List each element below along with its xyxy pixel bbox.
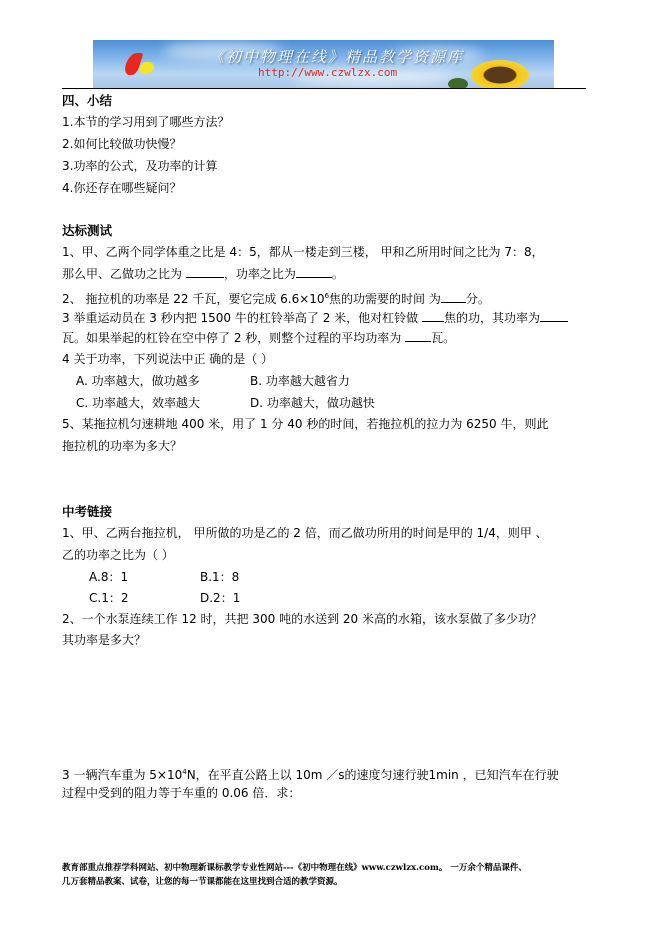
test-q4-stem: 4 关于功率，下列说法中正 确的是（ ） (62, 351, 273, 367)
test-q5-line1: 5、某拖拉机匀速耕地 400 米，用了 1 分 40 秒的时间，若拖拉机的拉力为… (62, 416, 549, 432)
test-q4-option-d: D. 功率越大，做功越快 (250, 395, 375, 411)
test-q3-text: 3 举重运动员在 3 秒内把 1500 牛的杠铃举高了 2 米，他对杠铃做 (62, 311, 422, 325)
summary-item: 4.你还存在哪些疑问？ (62, 180, 181, 196)
answer-blank (441, 291, 466, 303)
test-q1-text: ，功率之比为 (224, 267, 296, 281)
answer-blank (422, 310, 444, 322)
exam-q1-line1: 1、甲、乙两台拖拉机， 甲所做的功是乙的 2 倍，而乙做功所用的时间是甲的 1/… (62, 525, 548, 541)
test-q1-line1: 1、甲、乙两个同学体重之比是 4：5，都从一楼走到三楼， 甲和乙所用时间之比为 … (62, 244, 544, 260)
answer-blank (296, 266, 332, 278)
exam-q3-line2: 过程中受到的阻力等于车重的 0.06 倍．求： (62, 785, 300, 801)
exam-q3-text: 3 一辆汽车重为 5×10 (62, 768, 182, 782)
test-q2-text: 2、 拖拉机的功率是 22 千瓦，要它完成 6.6×10 (62, 292, 325, 306)
summary-heading: 四、小结 (62, 93, 112, 109)
answer-blank (186, 266, 224, 278)
test-q1-text: 那么甲、乙做功之比为 (62, 267, 186, 281)
test-q3-line1: 3 举重运动员在 3 秒内把 1500 牛的杠铃举高了 2 米，他对杠铃做 焦的… (62, 310, 568, 326)
footer-line2: 几万套精品教案、试卷，让您的每一节课都能在这里找到合适的教学资源。 (62, 876, 343, 888)
answer-blank (405, 330, 431, 342)
test-q4-option-c: C. 功率越大，效率越大 (76, 395, 200, 411)
exam-q2-line1: 2、一个水泵连续工作 12 时，共把 300 吨的水送到 20 米高的水箱，该水… (62, 611, 542, 627)
exam-q2-line2: 其功率是多大？ (62, 632, 146, 648)
summary-item: 2.如何比较做功快慢？ (62, 136, 181, 152)
test-q3-text: 瓦。 (431, 331, 455, 345)
test-q1-text: 。 (332, 267, 344, 281)
exam-heading: 中考链接 (62, 504, 112, 520)
header-divider (62, 88, 586, 89)
test-q3-line2: 瓦。如果举起的杠铃在空中停了 2 秒，则整个过程的平均功率为 瓦。 (62, 330, 455, 346)
test-q3-text: 焦的功，其功率为 (444, 311, 540, 325)
test-q2-text: 焦的功需要的时间 为 (329, 292, 441, 306)
footer-line1: 教育部重点推荐学科网站、初中物理新课标教学专业性网站---《初中物理在线》www… (62, 862, 527, 874)
banner-title: 《初中物理在线》精品教学资源库 (209, 46, 464, 67)
summary-item: 1.本节的学习用到了哪些方法？ (62, 114, 229, 130)
logo-icon-secondary (138, 62, 156, 74)
test-heading: 达标测试 (62, 223, 112, 239)
test-q2-text: 分。 (466, 292, 490, 306)
test-q4-option-b: B. 功率越大越省力 (250, 373, 350, 389)
header-banner: 《初中物理在线》精品教学资源库 http://www.czwlzx.com (93, 40, 554, 88)
leaves-decoration (448, 78, 468, 88)
test-q5-line2: 拖拉机的功率为多大？ (62, 438, 182, 454)
summary-item: 3.功率的公式，及功率的计算 (62, 158, 217, 174)
answer-blank (540, 310, 568, 322)
sunflower-image (471, 60, 529, 88)
test-q4-option-a: A. 功率越大，做功越多 (76, 373, 200, 389)
exam-q1-option-c: C.1：2 (89, 590, 128, 606)
exam-q1-option-a: A.8：1 (89, 569, 128, 585)
test-q3-text: 瓦。如果举起的杠铃在空中停了 2 秒，则整个过程的平均功率为 (62, 331, 405, 345)
exam-q1-option-b: B.1：8 (200, 569, 239, 585)
banner-url[interactable]: http://www.czwlzx.com (258, 66, 397, 79)
test-q1-line2: 那么甲、乙做功之比为 ，功率之比为。 (62, 266, 344, 282)
exam-q1-option-d: D.2：1 (200, 590, 240, 606)
test-q2: 2、 拖拉机的功率是 22 千瓦，要它完成 6.6×106焦的功需要的时间 为分… (62, 288, 490, 307)
exam-q3-text: N，在平直公路上以 10m ／s的速度匀速行驶1min ，已知汽车在行驶 (187, 768, 559, 782)
exam-q3-line1: 3 一辆汽车重为 5×104N，在平直公路上以 10m ／s的速度匀速行驶1mi… (62, 764, 559, 783)
exam-q1-line2: 乙的功率之比为（ ） (62, 547, 174, 563)
